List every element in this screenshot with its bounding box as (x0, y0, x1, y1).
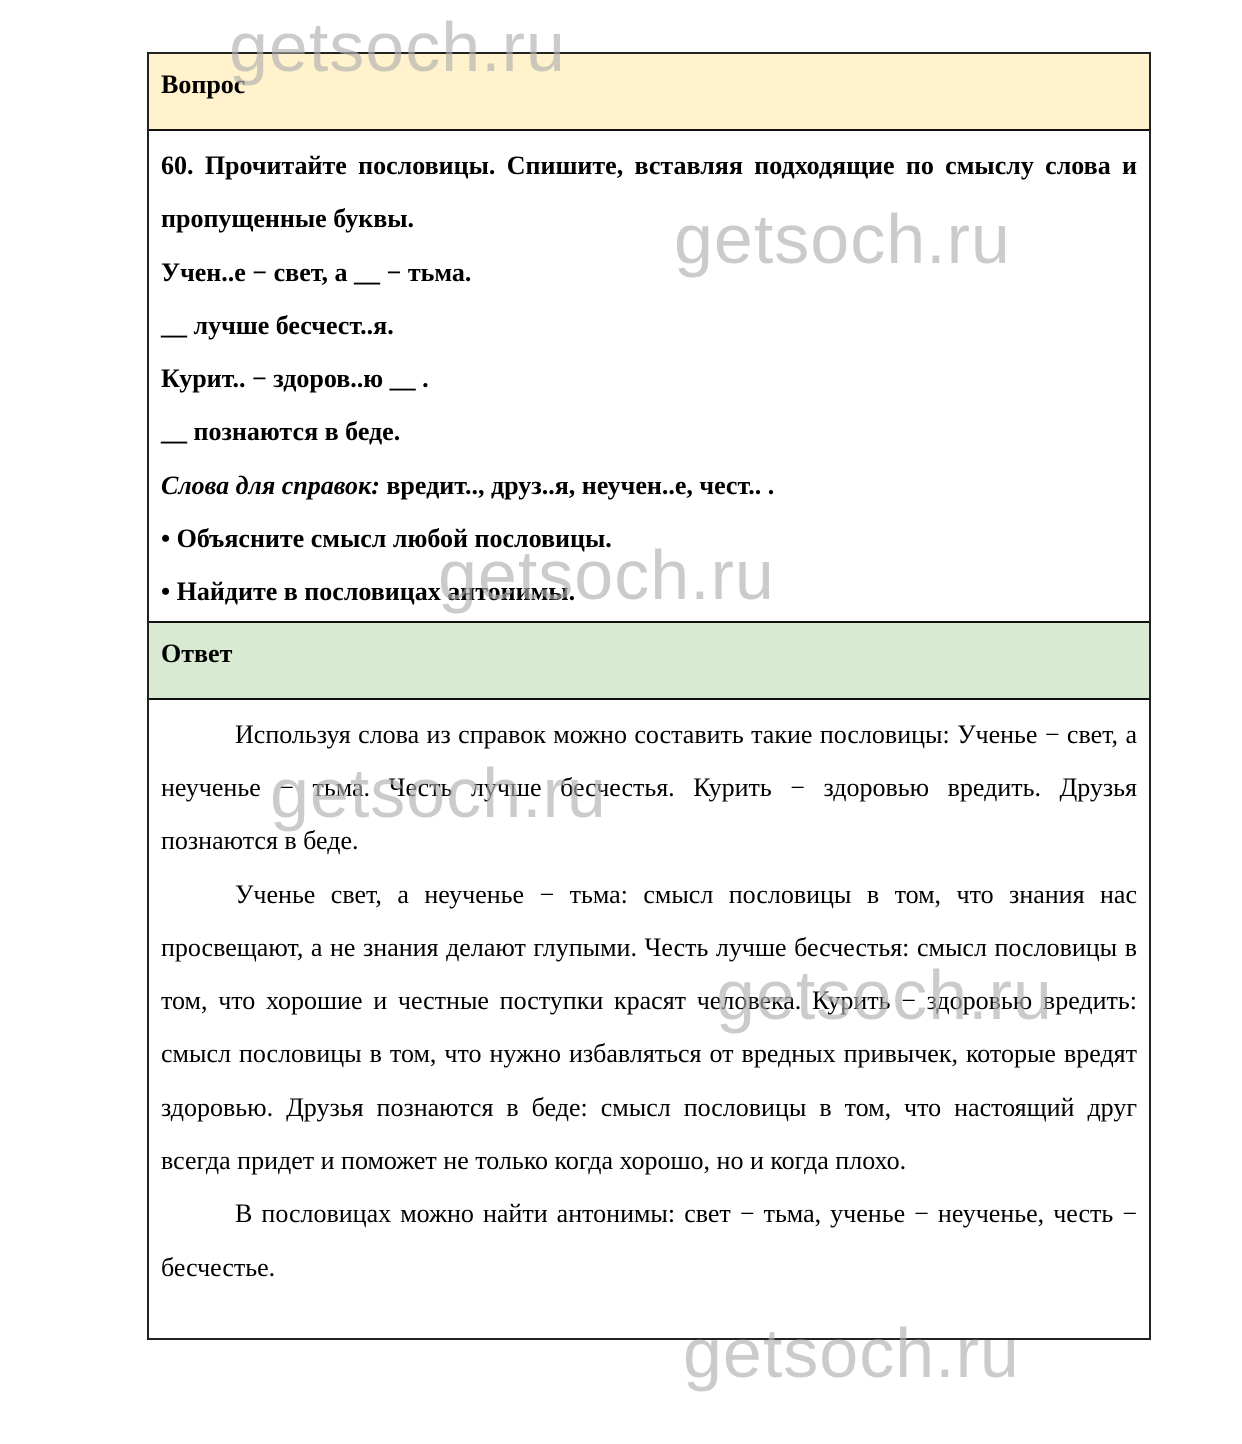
answer-paragraph-2: Ученье свет, а неученье − тьма: смысл по… (161, 868, 1137, 1188)
proverb-4: __ познаются в беде. (161, 405, 1137, 458)
proverb-2: __ лучше бесчест..я. (161, 299, 1137, 352)
proverb-1: Учен..е − свет, а __ − тьма. (161, 246, 1137, 299)
answer-header: Ответ (149, 623, 1149, 698)
question-header: Вопрос (149, 54, 1149, 129)
bullet-antonyms: • Найдите в пословицах антонимы. (161, 565, 1137, 618)
hint-words: вредит.., друз..я, неучен..е, чест.. . (380, 471, 774, 500)
task-intro: 60. Прочитайте пословицы. Спишите, встав… (161, 139, 1137, 246)
question-body: 60. Прочитайте пословицы. Спишите, встав… (149, 131, 1149, 621)
hint-line: Слова для справок: вредит.., друз..я, не… (161, 459, 1137, 512)
qa-table: Вопрос 60. Прочитайте пословицы. Спишите… (147, 52, 1151, 1340)
answer-paragraph-3: В пословицах можно найти антонимы: свет … (161, 1187, 1137, 1294)
answer-header-label: Ответ (161, 639, 232, 668)
answer-body: Используя слова из справок можно состави… (149, 700, 1149, 1338)
proverb-3: Курит.. − здоров..ю __ . (161, 352, 1137, 405)
answer-paragraph-1: Используя слова из справок можно состави… (161, 708, 1137, 868)
question-header-label: Вопрос (161, 70, 245, 99)
hint-label: Слова для справок: (161, 471, 380, 500)
bullet-explain: • Объясните смысл любой пословицы. (161, 512, 1137, 565)
